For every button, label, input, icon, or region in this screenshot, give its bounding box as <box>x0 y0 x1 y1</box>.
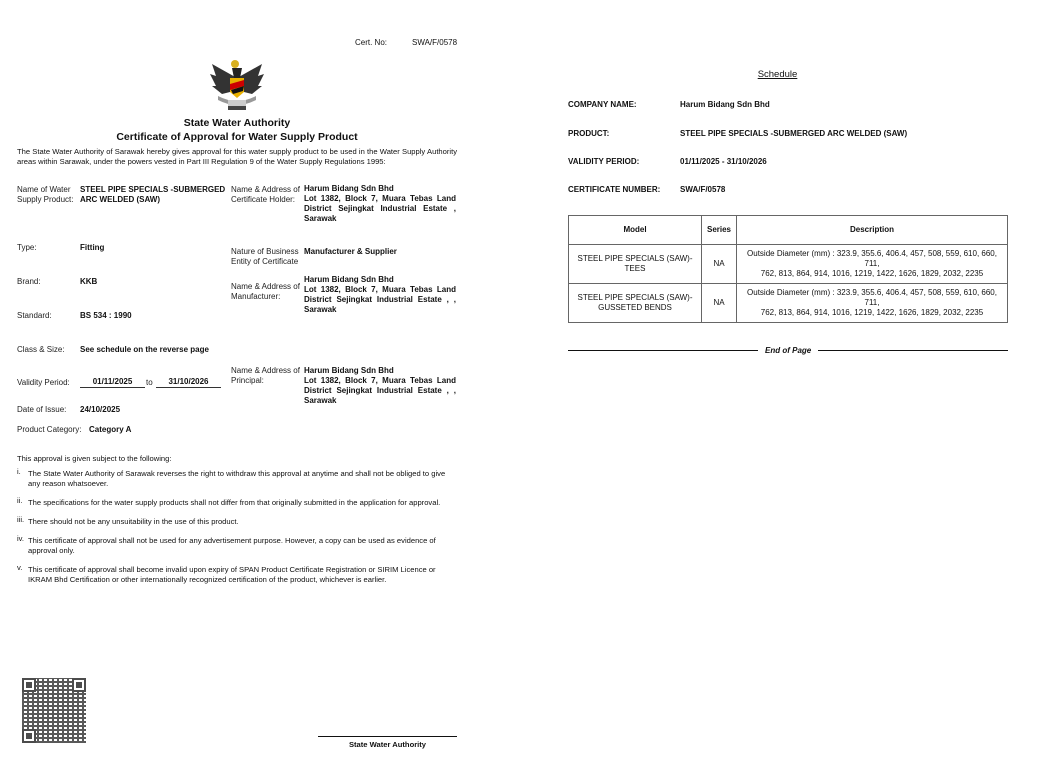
condition-number: ii. <box>17 496 22 506</box>
validity-label: Validity Period: <box>17 378 70 388</box>
cert-no-label: Cert. No: <box>355 38 387 47</box>
product-label: PRODUCT: <box>568 129 609 138</box>
table-row: STEEL PIPE SPECIALS (SAW)- TEES NA Outsi… <box>569 245 1008 284</box>
model-cell: STEEL PIPE SPECIALS (SAW)- GUSSETED BEND… <box>569 284 702 323</box>
certificate-number-label: CERTIFICATE NUMBER: <box>568 185 660 194</box>
holder-name: Harum Bidang Sdn Bhd <box>304 184 394 194</box>
authority-heading: State Water Authority <box>17 117 457 129</box>
type-value: Fitting <box>80 243 104 253</box>
cert-no: SWA/F/0578 <box>412 38 457 47</box>
condition-text: The specifications for the water supply … <box>28 498 457 508</box>
condition-text: This certificate of approval shall becom… <box>28 565 457 585</box>
validity-to: 31/10/2026 <box>156 377 221 388</box>
condition-number: iv. <box>17 534 24 544</box>
validity-period-label: VALIDITY PERIOD: <box>568 157 639 166</box>
category-label: Product Category: <box>17 425 81 435</box>
holder-address: Lot 1382, Block 7, Muara Tebas Land Dist… <box>304 194 456 224</box>
condition-item: ii. The specifications for the water sup… <box>17 498 457 508</box>
schedule-table: Model Series Description STEEL PIPE SPEC… <box>568 215 1008 323</box>
table-row: STEEL PIPE SPECIALS (SAW)- GUSSETED BEND… <box>569 284 1008 323</box>
qr-code-icon[interactable] <box>22 678 86 743</box>
condition-number: i. <box>17 467 21 477</box>
column-header-description: Description <box>737 216 1008 245</box>
standard-label: Standard: <box>17 311 52 321</box>
description-line: 762, 813, 864, 914, 1016, 1219, 1422, 16… <box>739 308 1005 318</box>
description-line: Outside Diameter (mm) : 323.9, 355.6, 40… <box>739 249 1005 269</box>
class-size-label: Class & Size: <box>17 345 65 355</box>
validity-to-word: to <box>146 378 153 388</box>
product-value: STEEL PIPE SPECIALS -SUBMERGED ARC WELDE… <box>680 129 907 138</box>
conditions-intro: This approval is given subject to the fo… <box>17 454 172 463</box>
description-line: Outside Diameter (mm) : 323.9, 355.6, 40… <box>739 288 1005 308</box>
issue-date: 24/10/2025 <box>80 405 120 415</box>
sarawak-coat-of-arms-icon <box>208 56 266 112</box>
schedule-title: Schedule <box>740 69 815 80</box>
manufacturer-name: Harum Bidang Sdn Bhd <box>304 275 394 285</box>
column-header-series: Series <box>702 216 737 245</box>
column-header-model: Model <box>569 216 702 245</box>
issue-date-label: Date of Issue: <box>17 405 66 415</box>
series-cell: NA <box>702 245 737 284</box>
category-value: Category A <box>89 425 131 435</box>
description-cell: Outside Diameter (mm) : 323.9, 355.6, 40… <box>737 284 1008 323</box>
brand-label: Brand: <box>17 277 41 287</box>
signature-label: State Water Authority <box>318 740 457 749</box>
holder-label: Name & Address of Certificate Holder: <box>231 185 303 205</box>
description-line: 762, 813, 864, 914, 1016, 1219, 1422, 16… <box>739 269 1005 279</box>
manufacturer-label: Name & Address of Manufacturer: <box>231 282 303 302</box>
certificate-number-value: SWA/F/0578 <box>680 185 725 194</box>
brand-value: KKB <box>80 277 97 287</box>
description-cell: Outside Diameter (mm) : 323.9, 355.6, 40… <box>737 245 1008 284</box>
manufacturer-address: Lot 1382, Block 7, Muara Tebas Land Dist… <box>304 285 456 315</box>
condition-text: The State Water Authority of Sarawak rev… <box>28 469 457 489</box>
table-header-row: Model Series Description <box>569 216 1008 245</box>
model-cell: STEEL PIPE SPECIALS (SAW)- TEES <box>569 245 702 284</box>
condition-item: v. This certificate of approval shall be… <box>17 565 457 585</box>
nature-value: Manufacturer & Supplier <box>304 247 397 257</box>
condition-item: iii. There should not be any unsuitabili… <box>17 517 457 527</box>
series-cell: NA <box>702 284 737 323</box>
principal-address: Lot 1382, Block 7, Muara Tebas Land Dist… <box>304 376 456 406</box>
nature-label: Nature of Business Entity of Certificate <box>231 247 303 267</box>
condition-number: iii. <box>17 515 24 525</box>
signature-line <box>318 736 457 737</box>
class-size-value: See schedule on the reverse page <box>80 345 209 355</box>
condition-item: iv. This certificate of approval shall n… <box>17 536 457 556</box>
condition-text: This certificate of approval shall not b… <box>28 536 457 556</box>
condition-text: There should not be any unsuitability in… <box>28 517 457 527</box>
end-of-page-label: End of Page <box>765 346 811 355</box>
company-label: COMPANY NAME: <box>568 100 637 109</box>
principal-label: Name & Address of Principal: <box>231 366 303 386</box>
condition-number: v. <box>17 563 22 573</box>
company-value: Harum Bidang Sdn Bhd <box>680 100 770 109</box>
condition-item: i. The State Water Authority of Sarawak … <box>17 469 457 489</box>
product-name: STEEL PIPE SPECIALS -SUBMERGED ARC WELDE… <box>80 185 230 205</box>
principal-name: Harum Bidang Sdn Bhd <box>304 366 394 376</box>
type-label: Type: <box>17 243 37 253</box>
validity-from: 01/11/2025 <box>80 377 145 388</box>
product-name-label: Name of Water Supply Product: <box>17 185 75 205</box>
certificate-title: Certificate of Approval for Water Supply… <box>17 131 457 143</box>
validity-period-value: 01/11/2025 - 31/10/2026 <box>680 157 767 166</box>
end-divider-right <box>818 350 1008 351</box>
intro-paragraph: The State Water Authority of Sarawak her… <box>17 147 457 167</box>
standard-value: BS 534 : 1990 <box>80 311 132 321</box>
end-divider-left <box>568 350 758 351</box>
